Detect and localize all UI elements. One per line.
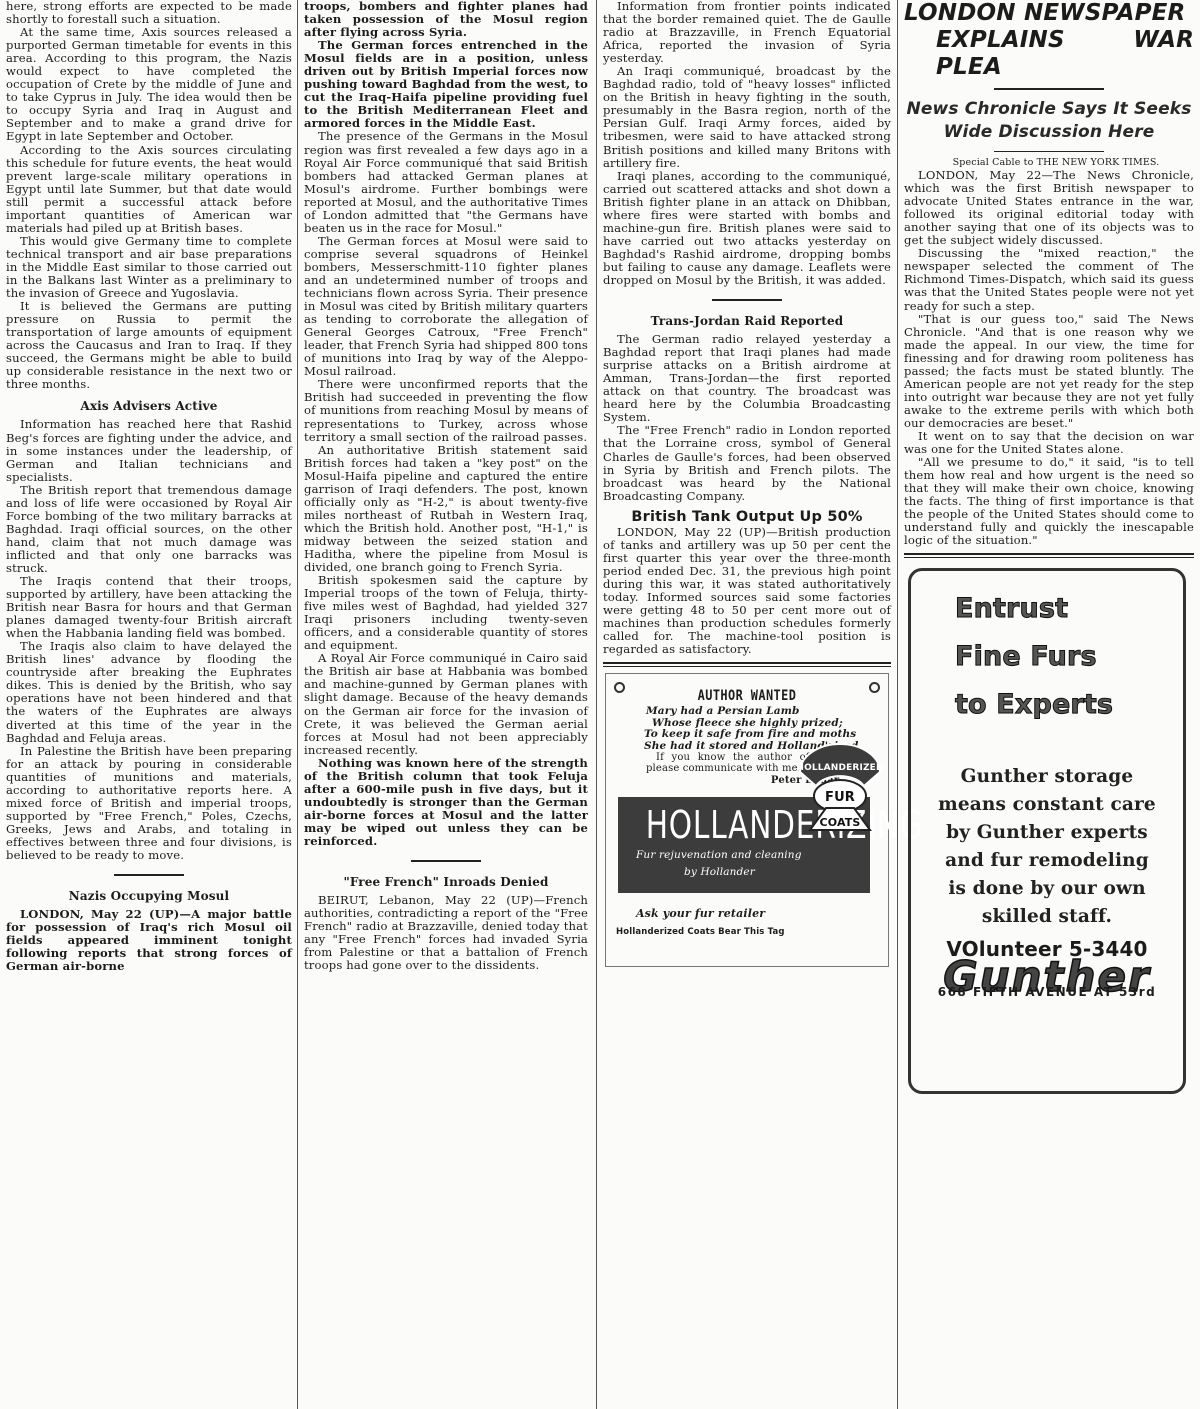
ad-headline-line: Fine Furs xyxy=(955,633,1183,681)
paragraph: The German forces entrenched in the Mosu… xyxy=(304,39,588,130)
section-divider xyxy=(712,299,782,301)
headline-line: LONDON NEWSPAPER xyxy=(904,0,1194,27)
sub-headline: News Chronicle Says It Seeks Wide Discus… xyxy=(904,98,1194,144)
ad-body-line: and fur remodeling xyxy=(911,847,1183,875)
ad-headline: Entrust Fine Furs to Experts xyxy=(955,585,1183,729)
ad-body-line: Gunther storage xyxy=(911,763,1183,791)
paragraph: The German radio relayed yesterday a Bag… xyxy=(603,333,891,424)
gunther-logo: Gunther xyxy=(911,970,1183,983)
paragraph: troops, bombers and fighter planes had t… xyxy=(304,0,588,39)
column-2: troops, bombers and fighter planes had t… xyxy=(304,0,588,972)
paragraph: LONDON, May 22—The News Chronicle, which… xyxy=(904,169,1194,247)
ad-body-line: skilled staff. xyxy=(911,903,1183,931)
column-3: Information from frontier points indicat… xyxy=(603,0,891,967)
paragraph: The German forces at Mosul were said to … xyxy=(304,235,588,379)
headline-line: EXPLAINS WAR PLEA xyxy=(904,27,1194,81)
paragraph: here, strong efforts are expected to be … xyxy=(6,0,292,26)
double-rule xyxy=(603,662,891,667)
banner-subtitle: Fur rejuvenation and cleaning xyxy=(636,849,870,862)
paragraph: Nothing was known here of the strength o… xyxy=(304,757,588,848)
section-divider xyxy=(994,88,1104,90)
subheadline-line: News Chronicle Says It Seeks xyxy=(904,98,1194,121)
paragraph: The British report that tremendous damag… xyxy=(6,484,292,575)
tag-bottom-text: COATS xyxy=(820,816,861,829)
ad-headline-line: to Experts xyxy=(955,681,1183,729)
paragraph: The presence of the Germans in the Mosul… xyxy=(304,130,588,234)
ad-body-line: means constant care xyxy=(911,791,1183,819)
ad-headline-line: Entrust xyxy=(955,585,1183,633)
ad-tag-line: Hollanderized Coats Bear This Tag xyxy=(616,926,880,939)
hollanderizing-advertisement: AUTHOR WANTED Mary had a Persian Lamb Wh… xyxy=(605,673,889,967)
subheading: Axis Advisers Active xyxy=(6,400,292,413)
paragraph: The Iraqis also claim to have delayed th… xyxy=(6,640,292,744)
main-headline: LONDON NEWSPAPER EXPLAINS WAR PLEA xyxy=(904,0,1194,81)
subheading: Nazis Occupying Mosul xyxy=(6,890,292,903)
paragraph: Discussing the "mixed reaction," the new… xyxy=(904,247,1194,312)
column-4: LONDON NEWSPAPER EXPLAINS WAR PLEA News … xyxy=(904,0,1194,1094)
paragraph: Information from frontier points indicat… xyxy=(603,0,891,65)
subheadline-line: Wide Discussion Here xyxy=(904,121,1194,144)
paragraph: At the same time, Axis sources released … xyxy=(6,26,292,143)
tag-top-text: HOLLANDERIZED xyxy=(796,763,883,773)
paragraph: LONDON, May 22 (UP)—A major battle for p… xyxy=(6,908,292,973)
paragraph: "All we presume to do," it said, "is to … xyxy=(904,456,1194,547)
double-rule xyxy=(904,553,1194,558)
column-rule xyxy=(297,0,298,1409)
column-rule xyxy=(596,0,597,1409)
paragraph: British spokesmen said the capture by Im… xyxy=(304,574,588,652)
column-rule xyxy=(897,0,898,1409)
paragraph: It is believed the Germans are putting p… xyxy=(6,300,292,391)
banner-byline: by Hollander xyxy=(684,866,870,879)
paragraph: An authoritative British statement said … xyxy=(304,444,588,574)
section-divider xyxy=(114,874,184,876)
paragraph: In Palestine the British have been prepa… xyxy=(6,745,292,862)
rivet-icon xyxy=(614,682,625,693)
paragraph: The "Free French" radio in London report… xyxy=(603,424,891,502)
subheading: "Free French" Inroads Denied xyxy=(304,876,588,889)
paragraph: According to the Axis sources circulatin… xyxy=(6,144,292,235)
column-1: here, strong efforts are expected to be … xyxy=(6,0,292,973)
subheading: Trans-Jordan Raid Reported xyxy=(603,315,891,328)
fur-coats-tag-icon: HOLLANDERIZED FUR COATS xyxy=(794,734,886,834)
ad-address: 668 FIFTH AVENUE AT 53rd xyxy=(911,986,1183,999)
ad-body: Gunther storage means constant care by G… xyxy=(911,763,1183,931)
ad-body-line: by Gunther experts xyxy=(911,819,1183,847)
ad-ask-line: Ask your fur retailer xyxy=(636,907,880,920)
paragraph: Information has reached here that Rashid… xyxy=(6,418,292,483)
paragraph: Iraqi planes, according to the communiqu… xyxy=(603,170,891,287)
tank-story-body: LONDON, May 22 (UP)—British production o… xyxy=(603,526,891,656)
paragraph: A Royal Air Force communiqué in Cairo sa… xyxy=(304,652,588,756)
paragraph: "That is our guess too," said The News C… xyxy=(904,313,1194,430)
ad-title: AUTHOR WANTED xyxy=(634,690,860,703)
tank-story-headline: British Tank Output Up 50% xyxy=(603,511,891,524)
tag-mid-text: FUR xyxy=(825,790,855,805)
section-divider xyxy=(994,151,1104,152)
section-divider xyxy=(411,860,481,862)
paragraph: The Iraqis contend that their troops, su… xyxy=(6,575,292,640)
paragraph: This would give Germany time to complete… xyxy=(6,235,292,300)
paragraph: It went on to say that the decision on w… xyxy=(904,430,1194,456)
gunther-advertisement: Entrust Fine Furs to Experts Gunther sto… xyxy=(908,568,1186,1094)
paragraph: BEIRUT, Lebanon, May 22 (UP)—French auth… xyxy=(304,894,588,972)
ad-body-line: is done by our own xyxy=(911,875,1183,903)
paragraph: An Iraqi communiqué, broadcast by the Ba… xyxy=(603,65,891,169)
rivet-icon xyxy=(869,682,880,693)
paragraph: There were unconfirmed reports that the … xyxy=(304,378,588,443)
